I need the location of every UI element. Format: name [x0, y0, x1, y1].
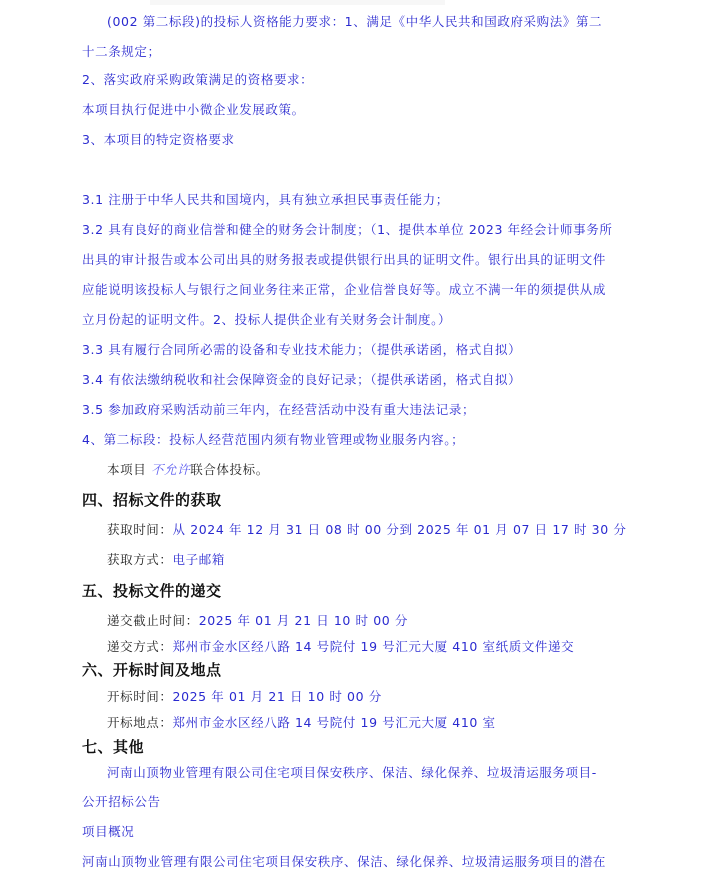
paragraph-line: 应能说明该投标人与银行之间业务往来正常，企业信誉良好等。成立不满一年的须提供从成	[82, 282, 606, 298]
field-value: 电子邮箱	[173, 552, 225, 567]
paragraph-line: 2、落实政府采购政策满足的资格要求：	[82, 72, 313, 88]
field-label: 获取时间：	[107, 522, 173, 537]
paragraph-line: (002 第二标段)的投标人资格能力要求：1、满足《中华人民共和国政府采购法》第…	[107, 14, 602, 30]
section-heading-5: 五、投标文件的递交	[82, 582, 222, 600]
paragraph-line: 3.2 具有良好的商业信誉和健全的财务会计制度；（1、提供本单位 2023 年经…	[82, 222, 612, 238]
paragraph-line: 本项目执行促进中小微企业发展政策。	[82, 102, 305, 118]
paragraph-line: 河南山顶物业管理有限公司住宅项目保安秩序、保洁、绿化保养、垃圾清运服务项目-	[107, 765, 597, 781]
field-value: 郑州市金水区经八路 14 号院付 19 号汇元大厦 410 室	[173, 715, 496, 730]
consortium-prefix: 本项目	[107, 462, 151, 477]
paragraph-line: 3、本项目的特定资格要求	[82, 132, 235, 148]
field-label: 开标时间：	[107, 689, 173, 704]
paragraph-line: 出具的审计报告或本公司出具的财务报表或提供银行出具的证明文件。银行出具的证明文件	[82, 252, 606, 268]
section-heading-4: 四、招标文件的获取	[82, 491, 222, 509]
section-heading-7: 七、其他	[82, 738, 144, 756]
opening-place: 开标地点：郑州市金水区经八路 14 号院付 19 号汇元大厦 410 室	[107, 715, 496, 731]
opening-time: 开标时间：2025 年 01 月 21 日 10 时 00 分	[107, 689, 382, 705]
paragraph-line: 3.3 具有履行合同所必需的设备和专业技术能力；（提供承诺函，格式自拟）	[82, 342, 521, 358]
field-label: 递交方式：	[107, 639, 173, 654]
field-value: 2025 年 01 月 21 日 10 时 00 分	[199, 613, 408, 628]
paragraph-line: 3.5 参加政府采购活动前三年内，在经营活动中没有重大违法记录；	[82, 402, 475, 418]
paragraph-line: 项目概况	[82, 824, 134, 840]
field-label: 开标地点：	[107, 715, 173, 730]
field-value: 郑州市金水区经八路 14 号院付 19 号汇元大厦 410 室纸质文件递交	[173, 639, 575, 654]
field-value: 2025 年 01 月 21 日 10 时 00 分	[173, 689, 382, 704]
field-label: 获取方式：	[107, 552, 173, 567]
consortium-emphasis: 不允许	[151, 462, 190, 477]
submission-deadline: 递交截止时间：2025 年 01 月 21 日 10 时 00 分	[107, 613, 408, 629]
submission-method: 递交方式：郑州市金水区经八路 14 号院付 19 号汇元大厦 410 室纸质文件…	[107, 639, 574, 655]
paragraph-line: 公开招标公告	[82, 794, 161, 810]
paragraph-line: 河南山顶物业管理有限公司住宅项目保安秩序、保洁、绿化保养、垃圾清运服务项目的潜在	[82, 854, 606, 870]
acquisition-time: 获取时间：从 2024 年 12 月 31 日 08 时 00 分到 2025 …	[107, 522, 626, 538]
paragraph-line: 3.1 注册于中华人民共和国境内，具有独立承担民事责任能力；	[82, 192, 449, 208]
top-divider-bar	[150, 0, 445, 5]
field-value: 从 2024 年 12 月 31 日 08 时 00 分到 2025 年 01 …	[173, 522, 627, 537]
paragraph-line: 立月份起的证明文件。2、投标人提供企业有关财务会计制度。）	[82, 312, 451, 328]
consortium-suffix: 联合体投标。	[190, 462, 269, 477]
paragraph-line: 十二条规定；	[82, 44, 161, 60]
paragraph-line: 3.4 有依法缴纳税收和社会保障资金的良好记录；（提供承诺函，格式自拟）	[82, 372, 521, 388]
acquisition-method: 获取方式：电子邮箱	[107, 552, 225, 568]
field-label: 递交截止时间：	[107, 613, 199, 628]
consortium-statement: 本项目 不允许联合体投标。	[107, 462, 269, 478]
paragraph-line: 4、第二标段：投标人经营范围内须有物业管理或物业服务内容。；	[82, 432, 464, 448]
section-heading-6: 六、开标时间及地点	[82, 661, 222, 679]
